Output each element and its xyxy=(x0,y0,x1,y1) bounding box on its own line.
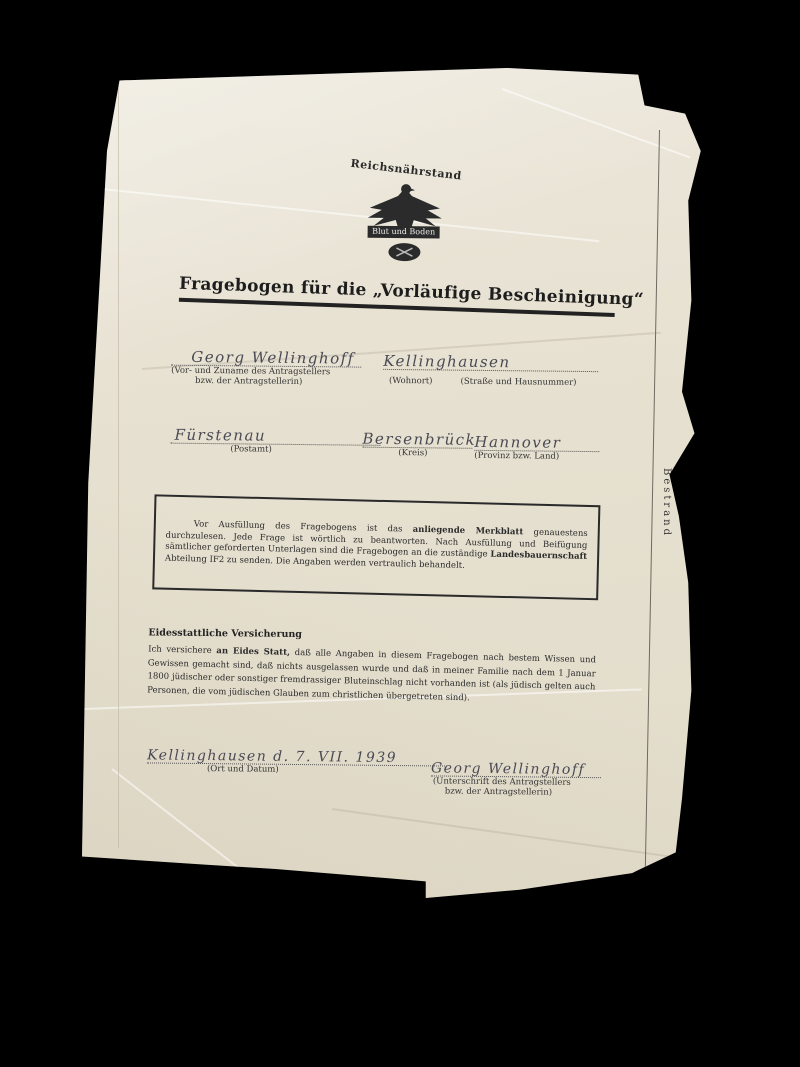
field-post-office[interactable]: Fürstenau (Postamt) xyxy=(170,426,380,456)
photo-stage: Bestrand Reichsnährstand Blut und Boden xyxy=(0,0,800,1067)
emblem: Reichsnährstand Blut und Boden xyxy=(349,163,460,269)
instructions-box: Vor Ausfüllung des Fragebogens ist das a… xyxy=(152,494,600,600)
notice-bold-2: Landesbauernschaft xyxy=(490,550,587,562)
post-office-caption: (Postamt) xyxy=(170,444,380,456)
declaration-body: Ich versichere an Eides Statt, daß alle … xyxy=(147,643,596,708)
field-residence[interactable]: Kellinghausen (Wohnort) (Straße und Haus… xyxy=(383,352,598,390)
district-caption: (Kreis) xyxy=(362,448,472,459)
field-place-date[interactable]: Kellinghausen d. 7. VII. 1939 (Ort und D… xyxy=(147,747,447,776)
field-signature[interactable]: Georg Wellinghoff (Unterschrift des Antr… xyxy=(431,760,601,798)
street-caption: (Straße und Hausnummer) xyxy=(436,376,576,387)
field-district[interactable]: Bersenbrück (Kreis) xyxy=(362,430,472,459)
declaration-bold: an Eides Statt, xyxy=(216,646,290,658)
document-sheet: Bestrand Reichsnährstand Blut und Boden xyxy=(82,68,707,898)
province-caption: (Provinz bzw. Land) xyxy=(474,451,599,462)
declaration-text-1: Ich versichere xyxy=(148,644,216,656)
emblem-motto: Blut und Boden xyxy=(368,226,440,239)
place-date-caption: (Ort und Datum) xyxy=(147,763,447,776)
applicant-name-caption-2: bzw. der Antragstellerin) xyxy=(171,376,361,388)
declaration-text-2: daß alle Angaben in diesem Fragebogen na… xyxy=(147,648,596,703)
eagle-emblem-icon xyxy=(359,178,450,264)
field-province[interactable]: Hannover (Provinz bzw. Land) xyxy=(474,433,599,462)
applicant-name-value: Georg Wellinghoff xyxy=(171,348,361,368)
signature-value: Georg Wellinghoff xyxy=(431,760,601,778)
declaration-title: Eidesstattliche Versicherung xyxy=(148,627,302,640)
field-applicant-name[interactable]: Georg Wellinghoff (Vor- und Zuname des A… xyxy=(171,348,361,388)
notice-bold-1: anliegende Merkblatt xyxy=(413,525,524,538)
residence-caption: (Wohnort) xyxy=(383,376,433,387)
signature-caption-2: bzw. der Antragstellerin) xyxy=(431,786,601,798)
form-content: Reichsnährstand Blut und Boden Frageboge… xyxy=(78,65,712,901)
district-value: Bersenbrück xyxy=(362,430,472,449)
